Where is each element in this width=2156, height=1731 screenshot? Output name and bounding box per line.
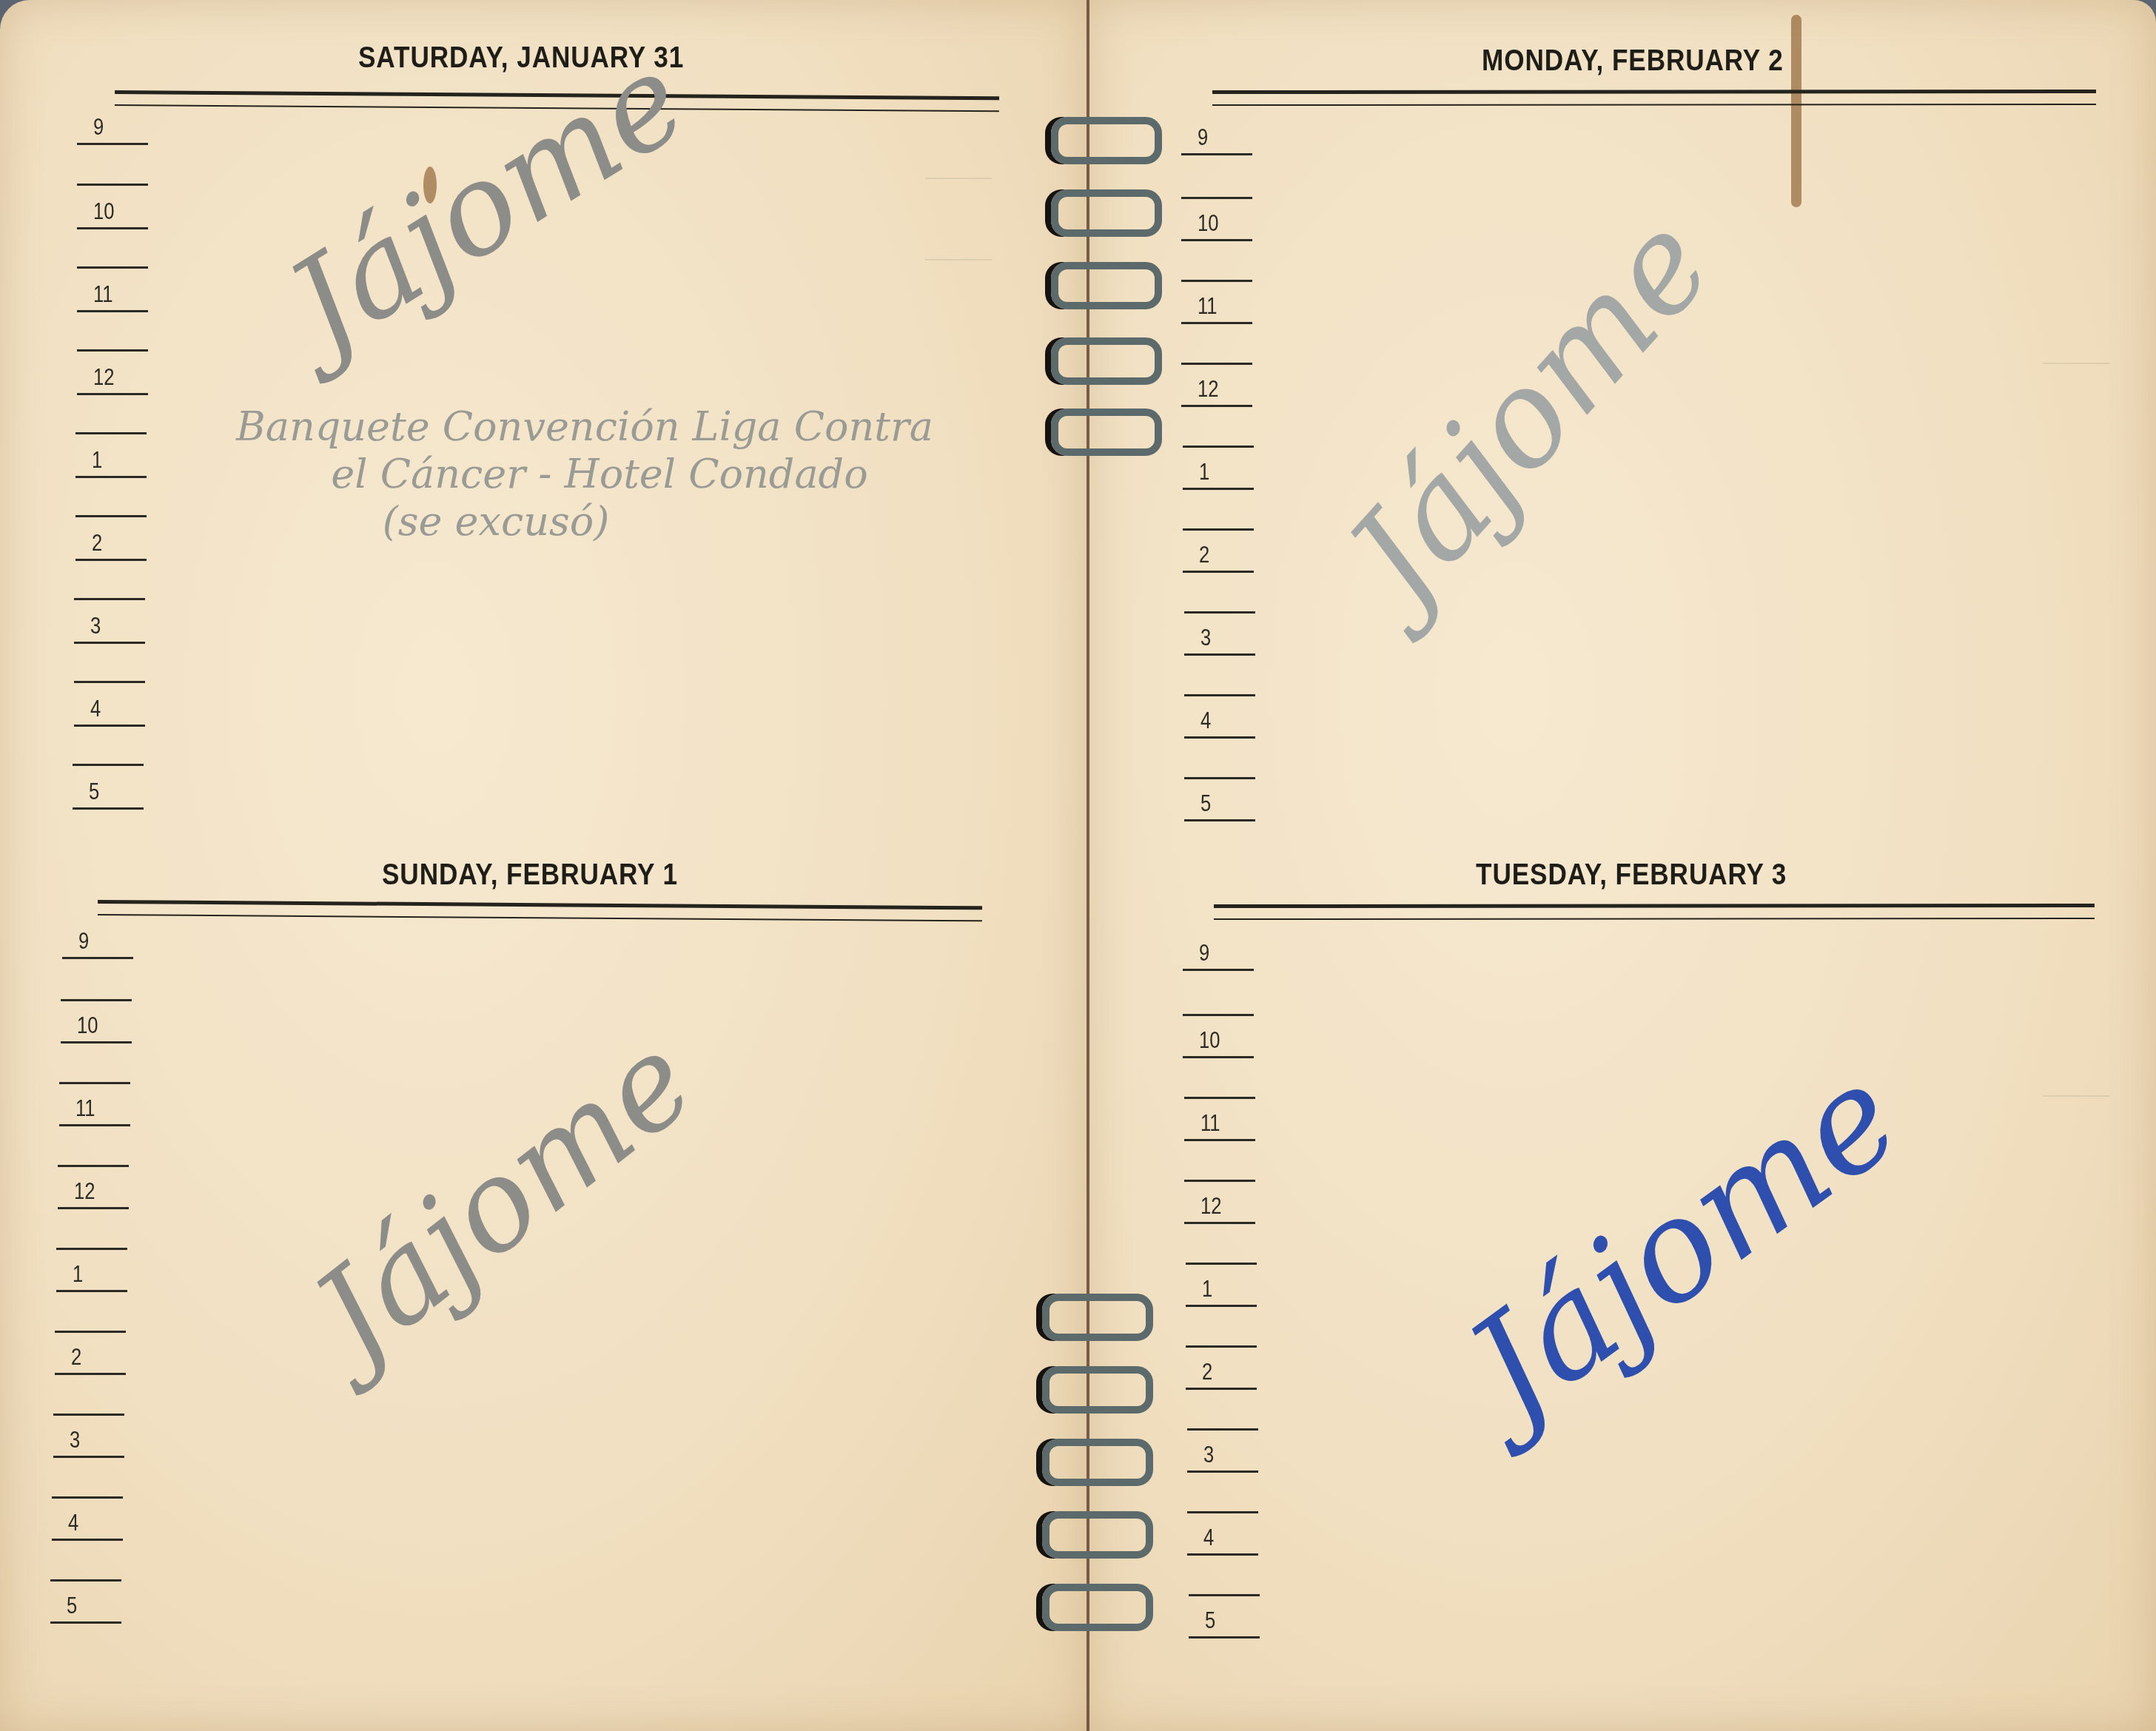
show-through-mark: [2043, 363, 2109, 364]
hour-line: [77, 393, 148, 395]
header-rule: [1212, 90, 2096, 106]
hour-line: [1181, 363, 1252, 365]
hour-label: 12: [1198, 375, 1218, 403]
hour-label: 10: [77, 1012, 98, 1039]
hour-label: 9: [93, 113, 104, 141]
hour-line: [58, 1207, 129, 1209]
hour-line: [77, 184, 148, 186]
note-line: (se excusó): [141, 498, 851, 545]
spiral-ring: [1042, 1511, 1153, 1559]
hour-label: 11: [75, 1095, 95, 1122]
hour-line: [1184, 694, 1255, 696]
hour-label: 3: [70, 1426, 80, 1453]
note-line: Banquete Convención Liga Contra: [141, 403, 1029, 451]
hour-line: [53, 1414, 124, 1416]
hour-line: [75, 476, 147, 478]
hour-line: [1181, 239, 1252, 241]
hour-line: [1189, 1594, 1260, 1596]
hour-line: [1181, 153, 1252, 155]
hour-label: 10: [1199, 1026, 1220, 1054]
hour-line: [1189, 1636, 1260, 1638]
hour-slot: 4: [1187, 1511, 1258, 1556]
hour-line: [61, 999, 132, 1001]
hour-line: [1183, 1014, 1254, 1016]
hour-slot: 1: [1183, 446, 1254, 490]
hour-label: 4: [1200, 707, 1211, 734]
note-line: el Cáncer - Hotel Condado: [170, 451, 1029, 498]
hour-label: 3: [1200, 624, 1211, 651]
stain-right: [1791, 15, 1801, 207]
hour-slot: 5: [1184, 777, 1255, 821]
hour-label: 12: [93, 363, 114, 391]
hour-line: [1184, 736, 1255, 739]
day-header-monday: MONDAY, FEBRUARY 2: [1482, 44, 1784, 78]
hour-slot: 2: [1183, 528, 1254, 573]
hour-slot: 5: [73, 764, 144, 810]
hour-slot: 2: [1186, 1345, 1257, 1390]
hour-line: [52, 1539, 123, 1541]
hour-line: [1184, 1180, 1255, 1182]
day-header-tuesday: TUESDAY, FEBRUARY 3: [1476, 858, 1787, 892]
event-note-saturday: Banquete Convención Liga Contra el Cánce…: [141, 403, 1029, 545]
hour-label: 11: [1200, 1109, 1220, 1137]
hour-slot: 11: [59, 1082, 130, 1126]
hour-label: 4: [1203, 1524, 1214, 1551]
hour-slot: 3: [53, 1414, 124, 1458]
hour-slot: 12: [58, 1165, 129, 1209]
hour-line: [1181, 280, 1252, 282]
hour-line: [1183, 528, 1254, 531]
hour-line: [75, 559, 147, 561]
hour-label: 5: [89, 778, 99, 805]
hour-line: [50, 1579, 121, 1582]
hour-line: [1186, 1388, 1257, 1390]
hour-label: 11: [93, 280, 113, 308]
hour-line: [1187, 1511, 1258, 1513]
show-through-mark: [2043, 1095, 2109, 1097]
hour-line: [58, 1165, 129, 1167]
hour-line: [55, 1373, 126, 1375]
hour-slot: 2: [55, 1331, 126, 1375]
hour-slot: 11: [1184, 1097, 1255, 1141]
hour-line: [61, 1041, 132, 1043]
hour-line: [77, 266, 148, 269]
hour-line: [73, 764, 144, 766]
hour-line: [1183, 446, 1254, 448]
hour-slot: 10: [1181, 197, 1252, 241]
hour-line: [1183, 571, 1254, 573]
spiral-ring: [1051, 117, 1162, 164]
hour-slot: 12: [77, 349, 148, 395]
hour-slot: 10: [61, 999, 132, 1043]
show-through-mark: [925, 178, 992, 179]
hour-slot: 2: [75, 515, 147, 561]
hour-slot: 3: [1184, 611, 1255, 656]
hour-line: [77, 349, 148, 352]
hour-slot: 1: [1186, 1263, 1257, 1307]
hour-line: [1183, 969, 1254, 971]
hour-slot: 5: [1189, 1594, 1260, 1638]
hour-label: 5: [1205, 1607, 1215, 1634]
hour-label: 1: [1202, 1275, 1212, 1303]
spiral-ring: [1051, 409, 1162, 456]
hour-label: 12: [1200, 1192, 1221, 1220]
hour-slot: 1: [56, 1248, 127, 1292]
hour-label: 9: [1198, 124, 1208, 151]
spiral-ring: [1051, 337, 1162, 385]
hour-line: [1183, 1056, 1254, 1058]
hour-label: 5: [67, 1592, 77, 1619]
hour-label: 4: [68, 1509, 78, 1536]
hour-line: [56, 1290, 127, 1292]
hour-slot: 9: [1183, 935, 1254, 971]
hour-label: 9: [78, 927, 89, 955]
hour-slot: 4: [74, 681, 145, 727]
hour-line: [77, 227, 148, 229]
hour-line: [59, 1124, 130, 1126]
hour-line: [1181, 197, 1252, 199]
hour-line: [1186, 1305, 1257, 1307]
hour-line: [1184, 1222, 1255, 1224]
hour-label: 1: [1199, 458, 1209, 485]
hour-label: 4: [90, 695, 101, 722]
hour-line: [75, 515, 147, 517]
hour-line: [1184, 777, 1255, 779]
hour-label: 1: [92, 446, 102, 474]
hour-line: [1184, 653, 1255, 656]
hour-line: [50, 1621, 121, 1624]
hour-slot: 9: [1181, 118, 1252, 155]
day-header-sunday: SUNDAY, FEBRUARY 1: [382, 858, 678, 892]
show-through-mark: [925, 259, 992, 261]
hour-label: 2: [1202, 1358, 1212, 1385]
hour-line: [1184, 819, 1255, 821]
hour-line: [75, 432, 147, 434]
hour-slot: 12: [1181, 363, 1252, 407]
hour-line: [1187, 1470, 1258, 1473]
hour-label: 12: [74, 1177, 95, 1205]
hour-line: [77, 310, 148, 312]
hour-label: 3: [90, 612, 101, 639]
hour-line: [1184, 1097, 1255, 1099]
hour-label: 11: [1198, 292, 1218, 320]
spiral-ring: [1042, 1366, 1153, 1414]
hour-line: [74, 725, 145, 727]
hour-slot: 9: [62, 925, 133, 959]
hour-line: [74, 598, 145, 600]
hour-slot: 11: [1181, 280, 1252, 324]
hour-slot: 4: [52, 1496, 123, 1541]
hour-line: [74, 681, 145, 683]
spiral-ring: [1042, 1584, 1153, 1631]
hour-label: 3: [1203, 1441, 1214, 1468]
spiral-ring: [1042, 1439, 1153, 1486]
hour-line: [59, 1082, 130, 1084]
hour-slot: 3: [74, 598, 145, 644]
hour-slot: 3: [1187, 1428, 1258, 1473]
hour-line: [74, 642, 145, 644]
hour-label: 9: [1199, 939, 1209, 967]
hour-slot: 4: [1184, 694, 1255, 739]
hour-line: [77, 143, 148, 145]
spiral-ring: [1051, 189, 1162, 237]
hour-line: [1187, 1553, 1258, 1556]
hour-line: [73, 807, 144, 810]
hour-line: [1187, 1428, 1258, 1431]
hour-label: 10: [1198, 209, 1218, 237]
hour-line: [1186, 1345, 1257, 1348]
spiral-ring: [1051, 262, 1162, 309]
hour-line: [1183, 488, 1254, 490]
header-rule: [1214, 904, 2095, 920]
hour-line: [52, 1496, 123, 1499]
hour-slot: 9: [77, 110, 148, 145]
hour-label: 2: [71, 1343, 81, 1371]
hour-slot: 11: [77, 266, 148, 312]
hour-line: [53, 1456, 124, 1458]
hour-slot: 5: [50, 1579, 121, 1624]
hour-line: [1181, 405, 1252, 407]
hour-line: [1186, 1263, 1257, 1265]
hour-slot: 1: [75, 432, 147, 478]
hour-line: [55, 1331, 126, 1333]
hour-line: [62, 957, 133, 959]
hour-slot: 10: [77, 184, 148, 229]
hour-line: [1184, 611, 1255, 614]
hour-label: 5: [1200, 790, 1211, 817]
hour-line: [1184, 1139, 1255, 1141]
hour-label: 2: [92, 529, 102, 557]
spiral-ring: [1042, 1294, 1153, 1341]
hour-label: 1: [73, 1260, 83, 1288]
hour-label: 10: [93, 198, 114, 225]
hour-label: 2: [1199, 541, 1209, 568]
hour-line: [1181, 322, 1252, 324]
hour-line: [56, 1248, 127, 1250]
hour-slot: 12: [1184, 1180, 1255, 1224]
hour-slot: 10: [1183, 1014, 1254, 1058]
